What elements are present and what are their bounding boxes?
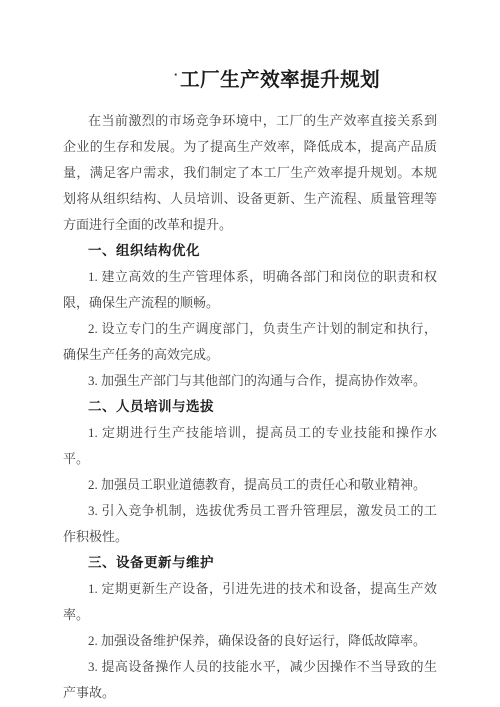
section-2-item-2: 2. 加强员工职业道德教育，提高员工的责任心和敬业精神。 <box>63 472 437 498</box>
section-1-item-1: 1. 建立高效的生产管理体系，明确各部门和岗位的职责和权限，确保生产流程的顺畅。 <box>63 264 437 316</box>
section-3-item-1: 1. 定期更新生产设备，引进先进的技术和设备，提高生产效率。 <box>63 576 437 628</box>
section-3-item-2: 2. 加强设备维护保养，确保设备的良好运行，降低故障率。 <box>63 628 437 654</box>
section-2-heading: 二、人员培训与选拔 <box>63 394 437 420</box>
section-1-heading: 一、组织结构优化 <box>63 238 437 264</box>
section-1-item-3: 3. 加强生产部门与其他部门的沟通与合作，提高协作效率。 <box>63 368 437 394</box>
document-title: ·工厂生产效率提升规划 <box>63 62 437 93</box>
section-2-item-3: 3. 引入竞争机制，选拔优秀员工晋升管理层，激发员工的工作积极性。 <box>63 498 437 550</box>
section-3-item-3: 3. 提高设备操作人员的技能水平，减少因操作不当导致的生产事故。 <box>63 654 437 706</box>
section-3-heading: 三、设备更新与维护 <box>63 550 437 576</box>
document-page: ·工厂生产效率提升规划 在当前激烈的市场竞争环境中，工厂的生产效率直接关系到企业… <box>0 0 500 707</box>
section-2-item-1: 1. 定期进行生产技能培训，提高员工的专业技能和操作水平。 <box>63 420 437 472</box>
title-text: 工厂生产效率提升规划 <box>180 69 380 91</box>
section-1-item-2: 2. 设立专门的生产调度部门，负责生产计划的制定和执行，确保生产任务的高效完成。 <box>63 316 437 368</box>
intro-paragraph: 在当前激烈的市场竞争环境中，工厂的生产效率直接关系到企业的生存和发展。为了提高生… <box>63 108 437 238</box>
